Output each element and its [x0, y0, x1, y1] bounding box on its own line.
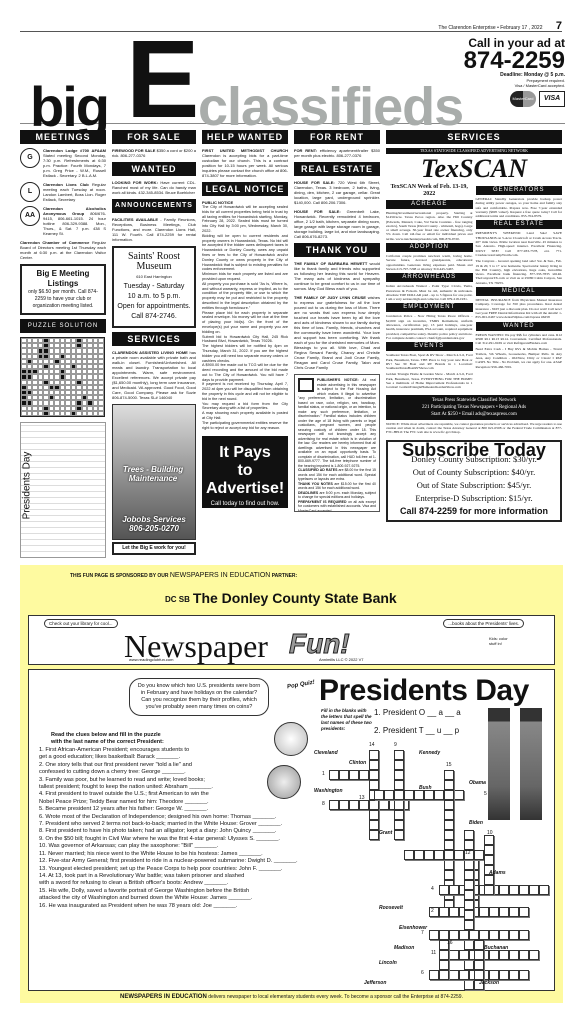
clue-line: tallest president; fought to keep the na…	[39, 784, 329, 791]
clue-line: with a sword for refusing to clean a Bri…	[39, 880, 329, 887]
newspaper-fun-banner: Check out your library for cool... ...bo…	[28, 615, 555, 665]
crossword-cell[interactable]	[464, 920, 474, 930]
crossword-cell[interactable]	[489, 930, 499, 940]
newspaper-page: The Clarendon Enterprise • February 17 ,…	[0, 0, 582, 1024]
jobobs-services-ad: Trees - Building Maintenance Jobobs Serv…	[112, 404, 196, 540]
announcements-heading: ANNOUNCEMENTS	[112, 199, 196, 213]
crossword-cell[interactable]	[414, 850, 424, 860]
word-bank-item: Buchanan	[484, 945, 508, 951]
it-pays-to-advertise-ad: It Pays to Advertise! Call today to find…	[202, 436, 288, 508]
crossword-cell[interactable]	[369, 760, 379, 770]
word-bank-item: Bush	[419, 785, 432, 791]
clue-line: 5. Became president 12 years after his f…	[39, 806, 329, 813]
crossword-cell[interactable]	[394, 820, 404, 830]
clue-line: attacked the city of Washington and burn…	[39, 895, 329, 902]
bank-logo-icon: DC SB	[165, 596, 190, 603]
word-bank-item: Cleveland	[314, 750, 338, 756]
crossword-cell[interactable]	[464, 960, 474, 970]
crossword-cell[interactable]	[484, 855, 494, 865]
crossword-cell[interactable]	[394, 790, 404, 800]
clue-line: 13. Youngest elected president; set up t…	[39, 866, 329, 873]
crossword-cell[interactable]	[444, 870, 454, 880]
subscribe-today-ad: Subscribe Today Donley County Subscripti…	[386, 440, 562, 522]
word-bank-item: Clinton	[349, 760, 366, 766]
crossword-cell[interactable]	[464, 940, 474, 950]
help-wanted-heading: HELP WANTED	[202, 130, 288, 144]
crossword-cell[interactable]	[394, 750, 404, 760]
clue-line: 8. First president to have his photo tak…	[39, 828, 329, 835]
services-heading-right: SERVICES	[386, 130, 562, 144]
puzzle-solution-heading: PUZZLE SOLUTION	[20, 319, 106, 333]
crossword-cell[interactable]	[474, 960, 484, 970]
crossword-cell[interactable]	[509, 930, 519, 940]
crossword-cell[interactable]	[424, 790, 434, 800]
column-help-wanted: HELP WANTED FIRST UNITED METHODIST CHURC…	[202, 130, 288, 508]
clue-line: 14. At 13, took part in a Revolutionary …	[39, 873, 329, 880]
crossword-cell[interactable]	[339, 800, 349, 810]
for-rent-heading: FOR RENT	[294, 130, 380, 144]
crossword-cell[interactable]	[474, 970, 484, 980]
texscan-logo: TexSCAN	[386, 154, 562, 184]
crossword-cell[interactable]	[444, 770, 454, 780]
clue-line: 4. First president to travel outside the…	[39, 791, 329, 798]
crossword-cell[interactable]	[519, 930, 529, 940]
meetings-heading: MEETINGS	[20, 130, 106, 144]
presidents-puzzle-thumbnail: Presidents Day	[20, 422, 106, 558]
wanted-heading: WANTED	[112, 162, 196, 176]
crossword-cell[interactable]	[394, 780, 404, 790]
crossword-cell[interactable]	[489, 970, 499, 980]
legal-notice-heading: LEGAL NOTICE	[202, 182, 288, 196]
crossword-cell[interactable]	[484, 875, 494, 885]
lions-emblem-icon: L	[20, 182, 40, 202]
crossword-cell[interactable]	[394, 830, 404, 840]
crossword-cell[interactable]	[449, 885, 459, 895]
crossword-cell[interactable]	[519, 970, 529, 980]
crossword-cell[interactable]	[474, 850, 484, 860]
crossword-cell[interactable]	[464, 860, 474, 870]
word-bank-item: Madison	[394, 945, 414, 951]
clue-line: 6. Wrote most of the Declaration of Inde…	[39, 814, 329, 821]
crossword-cell[interactable]	[519, 950, 529, 960]
crossword-cell[interactable]	[479, 930, 489, 940]
word-bank-item: Grant	[379, 830, 392, 836]
crossword-cell[interactable]	[499, 970, 509, 980]
clue-list: 1. First African-American President; enc…	[39, 747, 329, 910]
crossword-cell[interactable]	[464, 910, 474, 920]
crossword-cell[interactable]	[489, 907, 499, 917]
running-header: The Clarendon Enterprise • February 17 ,…	[20, 20, 562, 32]
crossword-cell[interactable]	[439, 960, 449, 970]
crossword-cell[interactable]	[429, 970, 439, 980]
real-estate-heading: REAL ESTATE	[294, 162, 380, 176]
crossword-cell[interactable]	[414, 790, 424, 800]
word-bank-item: Adams	[489, 870, 506, 876]
word-bank-item: Kennedy	[419, 750, 440, 756]
crossword-cell[interactable]	[394, 760, 404, 770]
crossword-cell[interactable]	[539, 885, 549, 895]
crossword-cell[interactable]	[464, 830, 474, 840]
column-services: SERVICES TEXAS STATEWIDE CLASSIFIED ADVE…	[386, 130, 562, 522]
crossword-cell[interactable]	[394, 770, 404, 780]
crossword-cell[interactable]	[484, 845, 494, 855]
bank-sponsor: DC SBThe Donley County State Bank	[165, 590, 397, 606]
crossword-cell[interactable]	[499, 930, 509, 940]
crossword-cell[interactable]	[529, 950, 539, 960]
crossword-cell[interactable]	[339, 770, 349, 780]
word-bank-item: Jefferson	[364, 980, 386, 986]
crossword-cell[interactable]	[434, 850, 444, 860]
word-bank-item: Obama	[469, 780, 486, 786]
word-bank-item: Jackson	[479, 980, 499, 986]
crossword-cell[interactable]	[439, 950, 449, 960]
crossword-cell[interactable]	[404, 790, 414, 800]
crossword-cell[interactable]	[449, 930, 459, 940]
crossword-cell[interactable]	[439, 885, 449, 895]
crossword-cell[interactable]	[439, 930, 449, 940]
crossword-cell[interactable]	[444, 810, 454, 820]
crossword-cell[interactable]	[434, 790, 444, 800]
museum-ad: Saints' Roost Museum 610 East Harrington…	[112, 246, 196, 328]
crossword-cell[interactable]	[459, 930, 469, 940]
crossword-cell[interactable]	[509, 950, 519, 960]
crossword-cell[interactable]	[369, 830, 379, 840]
crossword-cell[interactable]	[464, 840, 474, 850]
crossword-cell[interactable]	[444, 860, 454, 870]
clue-line: 3. Family was poor, but he learned to re…	[39, 777, 329, 784]
sponsor-line: THIS FUN PAGE IS SPONSORED BY OUR NEWSPA…	[70, 572, 297, 579]
crossword-cell[interactable]	[459, 950, 469, 960]
crossword-cell[interactable]	[444, 780, 454, 790]
crossword-cell[interactable]	[329, 800, 339, 810]
crossword-cell[interactable]	[519, 907, 529, 917]
clue-line: 9. On the $50 bill; fought in Civil War …	[39, 836, 329, 843]
texscan-block: TEXAS STATEWIDE CLASSIFIED ADVERTISING N…	[386, 148, 562, 435]
texas-press-network-box: Texas Press Statewide Classified Network…	[386, 395, 562, 420]
masthead-E: E	[126, 36, 199, 124]
crossword-cell[interactable]	[394, 800, 404, 810]
crossword-cell[interactable]	[384, 790, 394, 800]
crossword-cell[interactable]	[369, 820, 379, 830]
crossword-cell[interactable]	[369, 800, 379, 810]
crossword-cell[interactable]	[484, 835, 494, 845]
crossword-cell[interactable]	[429, 930, 439, 940]
word-bank-item: Eisenhower	[399, 925, 427, 931]
crossword-cell[interactable]	[444, 830, 454, 840]
clue-line: 2. One story tells that our first presid…	[39, 762, 329, 769]
crossword-cell[interactable]	[464, 890, 474, 900]
mastercard-icon: MasterCard	[510, 91, 536, 107]
crossword-cell[interactable]	[349, 800, 359, 810]
crossword-cell[interactable]	[449, 950, 459, 960]
president-1-blank[interactable]: 1. President O __ a __ a	[374, 704, 461, 722]
puzzle-solution-grid	[20, 337, 105, 417]
clue-line: 16. He was inaugurated as President when…	[39, 903, 329, 910]
word-bank-item: Biden	[469, 820, 483, 826]
for-sale-heading: FOR SALE	[112, 130, 196, 144]
presidents-day-puzzle: Do you know which two U.S. presidents we…	[28, 669, 555, 991]
clue-line: 10. Was governor of Arkansas; can play t…	[39, 843, 329, 850]
crossword-cell[interactable]	[374, 790, 384, 800]
aa-emblem-icon: AA	[20, 206, 40, 226]
clue-line: 1. First African-American President; enc…	[39, 747, 329, 754]
column-for-sale: FOR SALE FIREWOOD FOR SALE $350 a cord o…	[112, 130, 196, 555]
crossword-cell[interactable]	[489, 950, 499, 960]
thank-you-heading: THANK YOU	[294, 243, 380, 257]
crossword-cell[interactable]	[499, 907, 509, 917]
masonic-emblem-icon: G	[20, 148, 40, 168]
clue-line: confessed to cutting down a cherry tree:…	[39, 769, 329, 776]
crossword-cell[interactable]	[329, 770, 339, 780]
publishers-notice-box: PUBLISHER'S NOTICE: All real estate adve…	[294, 374, 380, 512]
meeting-listings-box: Big E Meeting Listings only $6.50 per mo…	[20, 264, 106, 315]
crossword-cell[interactable]	[349, 770, 359, 780]
crossword-cell[interactable]	[469, 930, 479, 940]
crossword-cell[interactable]	[499, 885, 509, 895]
crossword-cell[interactable]	[359, 800, 369, 810]
crossword-cell[interactable]	[369, 780, 379, 790]
crossword-cell[interactable]	[499, 950, 509, 960]
word-bank-item: Lincoln	[379, 960, 397, 966]
crossword-cell[interactable]	[509, 907, 519, 917]
legal-notice-body: The City of Howardwick will be accepting…	[202, 205, 288, 430]
crossword-cell[interactable]	[444, 840, 454, 850]
crossword-cell[interactable]	[404, 850, 414, 860]
crossword-cell[interactable]	[394, 810, 404, 820]
newspaper-fun-page: THIS FUN PAGE IS SPONSORED BY OUR NEWSPA…	[20, 565, 563, 1003]
equal-housing-icon	[298, 378, 314, 392]
crossword-cell[interactable]	[464, 980, 474, 990]
crossword-cell[interactable]	[459, 970, 469, 980]
crossword-cell[interactable]	[444, 820, 454, 830]
clue-line: 11. Never married; his niece went to the…	[39, 851, 329, 858]
crossword-cell[interactable]	[439, 907, 449, 917]
crossword-cell[interactable]	[359, 770, 369, 780]
crossword-cell[interactable]	[509, 970, 519, 980]
crossword-cell[interactable]	[474, 950, 484, 960]
crossword-cell[interactable]	[464, 900, 474, 910]
crossword-cell[interactable]	[519, 885, 529, 895]
services-heading-left: SERVICES	[112, 332, 196, 346]
clue-line: get a good education; likes basketball: …	[39, 754, 329, 761]
call-in-box: Call in your ad at 874-2259 Deadline: Mo…	[464, 36, 565, 107]
crossword-cell[interactable]	[464, 870, 474, 880]
issue-date: February 17 , 2022	[500, 25, 542, 31]
nie-footer: NEWSPAPERS IN EDUCATION delivers newspap…	[20, 994, 563, 1000]
phone-number: 874-2259	[464, 50, 565, 72]
column-for-rent: FOR RENT FOR RENT: efficiency apartment/…	[294, 130, 380, 512]
crossword-cell[interactable]	[424, 850, 434, 860]
masthead: big E classifieds Call in your ad at 874…	[20, 36, 565, 124]
visa-icon: VISA	[539, 91, 565, 107]
column-meetings: MEETINGS GClarendon Lodge #700 AF&AM Sta…	[20, 130, 106, 558]
clue-line: 7. President who served 2 terms not back…	[39, 821, 329, 828]
crossword-cell[interactable]	[444, 850, 454, 860]
crossword-cell[interactable]	[449, 907, 459, 917]
publication-name: The Clarendon Enterprise	[438, 25, 495, 31]
crossword-cell[interactable]	[369, 810, 379, 820]
clue-line: 15. His wife, Dolly, saved a favorite po…	[39, 888, 329, 895]
crossword-cell[interactable]	[379, 800, 389, 810]
clue-line: Nobel Peace Prize; Teddy Bear named for …	[39, 799, 329, 806]
page-number: 7	[556, 20, 562, 32]
word-bank-item: Roosevelt	[379, 905, 403, 911]
crossword-cell[interactable]	[479, 907, 489, 917]
crossword-cell[interactable]	[454, 790, 464, 800]
crossword-cell[interactable]	[369, 770, 379, 780]
crossword-cell[interactable]	[444, 800, 454, 810]
clue-line: 12. Five-star Army General; first presid…	[39, 858, 329, 865]
crossword-cell[interactable]	[474, 940, 484, 950]
crossword-cell[interactable]	[444, 790, 454, 800]
question-bubble: Do you know which two U.S. presidents we…	[129, 678, 269, 716]
masthead-classifieds: classifieds	[198, 76, 463, 138]
crossword-cell[interactable]	[369, 750, 379, 760]
crossword-cell[interactable]	[529, 885, 539, 895]
crossword-cell[interactable]	[484, 885, 494, 895]
crossword-cell[interactable]	[464, 880, 474, 890]
crossword-grid[interactable]: 1814915135104122716116ClevelandClintonKe…	[319, 740, 499, 985]
crossword-cell[interactable]	[509, 885, 519, 895]
crossword-cell[interactable]	[454, 850, 464, 860]
word-bank-item: Washington	[314, 788, 343, 794]
crossword-cell[interactable]	[439, 970, 449, 980]
crossword-cell[interactable]	[449, 970, 459, 980]
puzzle-title: Presidents Day	[319, 674, 529, 708]
president-2-blank[interactable]: 2. President T __ u __ p	[374, 722, 461, 740]
